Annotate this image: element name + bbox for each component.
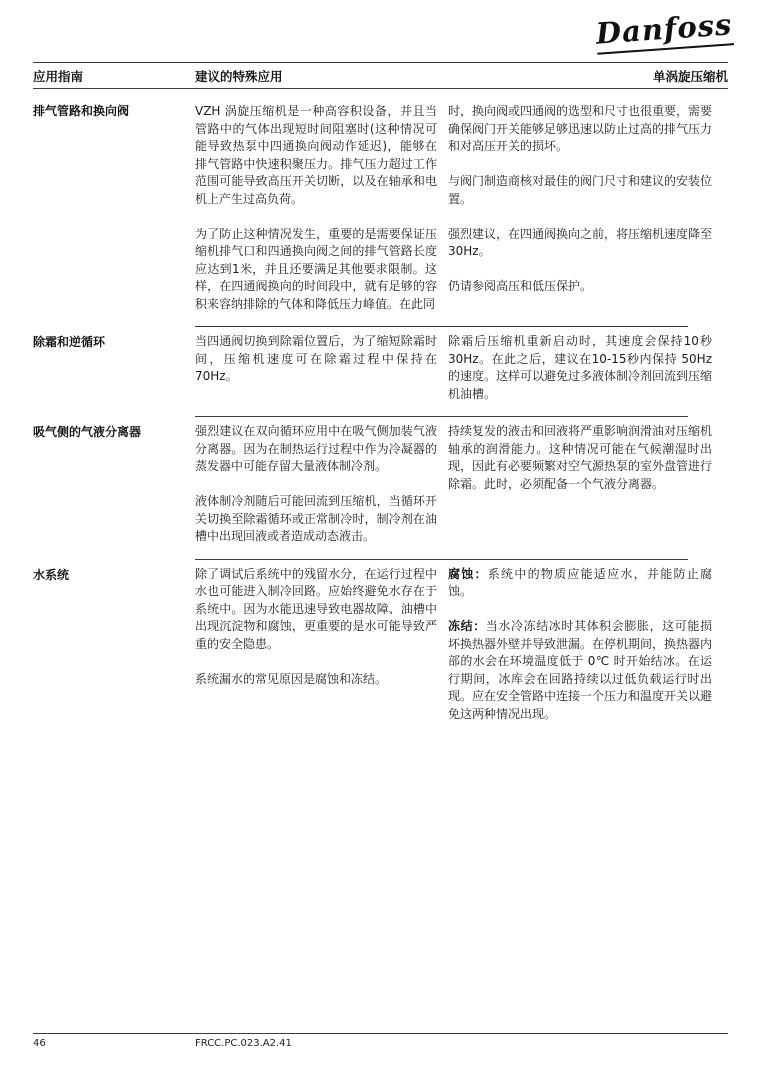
paragraph: 冻结：当水冷冻结冰时其体积会膨胀，这可能损坏换热器外壁并导致泄漏。在停机期间，换… xyxy=(448,618,712,723)
section-text: 除了调试后系统中的残留水分，在运行过程中水也可能进入制冷回路。应始终避免水存在于… xyxy=(195,559,712,724)
paragraph-lead: 腐蚀： xyxy=(448,567,488,581)
section-col2: 时，换向阀或四通阀的选型和尺寸也很重要，需要确保阀门开关能够足够迅速以防止过高的… xyxy=(448,103,712,313)
paragraph: VZH 涡旋压缩机是一种高容积设备，并且当管路中的气体出现短时间阻塞时(这种情况… xyxy=(195,103,437,208)
section-3: 水系统除了调试后系统中的残留水分，在运行过程中水也可能进入制冷回路。应始终避免水… xyxy=(33,559,728,724)
section-col1: 强烈建议在双向循环应用中在吸气侧加装气液分离器。因为在制热运行过程中作为冷凝器的… xyxy=(195,423,437,546)
paragraph: 仍请参阅高压和低压保护。 xyxy=(448,278,712,296)
section-title: 除霜和逆循环 xyxy=(33,326,195,352)
paragraph: 时，换向阀或四通阀的选型和尺寸也很重要，需要确保阀门开关能够足够迅速以防止过高的… xyxy=(448,103,712,156)
paragraph-text: 当水冷冻结冰时其体积会膨胀，这可能损坏换热器外壁并导致泄漏。在停机期间，换热器内… xyxy=(448,619,712,721)
footer-rule xyxy=(33,1033,728,1034)
section-col2: 腐蚀：系统中的物质应能适应水，并能防止腐蚀。冻结：当水冷冻结冰时其体积会膨胀，这… xyxy=(448,566,712,724)
section-title: 水系统 xyxy=(33,559,195,585)
header-doc-type: 应用指南 xyxy=(33,67,195,85)
paragraph-text: 系统中的物质应能适应水，并能防止腐蚀。 xyxy=(448,567,712,599)
paragraph: 腐蚀：系统中的物质应能适应水，并能防止腐蚀。 xyxy=(448,566,712,601)
section-col2: 除霜后压缩机重新启动时，其速度会保持10秒30Hz。在此之后，建议在10-15秒… xyxy=(448,333,712,403)
document-page: Danfoss 应用指南 建议的特殊应用 单涡旋压缩机 排气管路和换向阀VZH … xyxy=(0,0,758,1072)
header-product: 单涡旋压缩机 xyxy=(653,67,728,85)
section-text: VZH 涡旋压缩机是一种高容积设备，并且当管路中的气体出现短时间阻塞时(这种情况… xyxy=(195,103,712,313)
page-footer: 46 FRCC.PC.023.A2.41 xyxy=(33,1038,728,1049)
paragraph: 除霜后压缩机重新启动时，其速度会保持10秒30Hz。在此之后，建议在10-15秒… xyxy=(448,333,712,403)
header-rule-bottom xyxy=(33,88,728,89)
header-chapter: 建议的特殊应用 xyxy=(195,67,653,85)
header-rule-top xyxy=(33,62,728,63)
paragraph: 除了调试后系统中的残留水分，在运行过程中水也可能进入制冷回路。应始终避免水存在于… xyxy=(195,566,437,654)
section-col1: 当四通阀切换到除霜位置后，为了缩短除霜时间，压缩机速度可在除霜过程中保持在 70… xyxy=(195,333,437,403)
paragraph: 系统漏水的常见原因是腐蚀和冻结。 xyxy=(195,671,437,689)
paragraph: 持续复发的液击和回液将严重影响润滑油对压缩机轴承的润滑能力。这种情况可能在气候潮… xyxy=(448,423,712,493)
paragraph-lead: 冻结： xyxy=(448,619,486,633)
paragraph: 液体制冷剂随后可能回流到压缩机，当循环开关切换至除霜循环或正常制冷时，制冷剂在油… xyxy=(195,493,437,546)
section-col2: 持续复发的液击和回液将严重影响润滑油对压缩机轴承的润滑能力。这种情况可能在气候潮… xyxy=(448,423,712,546)
section-0: 排气管路和换向阀VZH 涡旋压缩机是一种高容积设备，并且当管路中的气体出现短时间… xyxy=(33,103,728,313)
section-2: 吸气侧的气液分离器强烈建议在双向循环应用中在吸气侧加装气液分离器。因为在制热运行… xyxy=(33,416,728,546)
section-title: 吸气侧的气液分离器 xyxy=(33,416,195,442)
section-text: 强烈建议在双向循环应用中在吸气侧加装气液分离器。因为在制热运行过程中作为冷凝器的… xyxy=(195,416,712,546)
sections: 排气管路和换向阀VZH 涡旋压缩机是一种高容积设备，并且当管路中的气体出现短时间… xyxy=(33,103,728,723)
section-title: 排气管路和换向阀 xyxy=(33,103,195,121)
paragraph: 为了防止这种情况发生，重要的是需要保证压缩机排气口和四通换向阀之间的排气管路长度… xyxy=(195,226,437,314)
paragraph: 当四通阀切换到除霜位置后，为了缩短除霜时间，压缩机速度可在除霜过程中保持在 70… xyxy=(195,333,437,386)
page-number: 46 xyxy=(33,1038,195,1049)
paragraph: 与阀门制造商核对最佳的阀门尺寸和建议的安装位置。 xyxy=(448,173,712,208)
section-col1: 除了调试后系统中的残留水分，在运行过程中水也可能进入制冷回路。应始终避免水存在于… xyxy=(195,566,437,724)
section-text: 当四通阀切换到除霜位置后，为了缩短除霜时间，压缩机速度可在除霜过程中保持在 70… xyxy=(195,326,712,403)
doc-id: FRCC.PC.023.A2.41 xyxy=(195,1038,728,1049)
section-col1: VZH 涡旋压缩机是一种高容积设备，并且当管路中的气体出现短时间阻塞时(这种情况… xyxy=(195,103,437,313)
page-header: 应用指南 建议的特殊应用 单涡旋压缩机 xyxy=(33,67,728,85)
paragraph: 强烈建议在双向循环应用中在吸气侧加装气液分离器。因为在制热运行过程中作为冷凝器的… xyxy=(195,423,437,476)
section-1: 除霜和逆循环当四通阀切换到除霜位置后，为了缩短除霜时间，压缩机速度可在除霜过程中… xyxy=(33,326,728,403)
danfoss-logo: Danfoss xyxy=(594,9,733,54)
paragraph: 强烈建议，在四通阀换向之前，将压缩机速度降至 30Hz。 xyxy=(448,226,712,261)
